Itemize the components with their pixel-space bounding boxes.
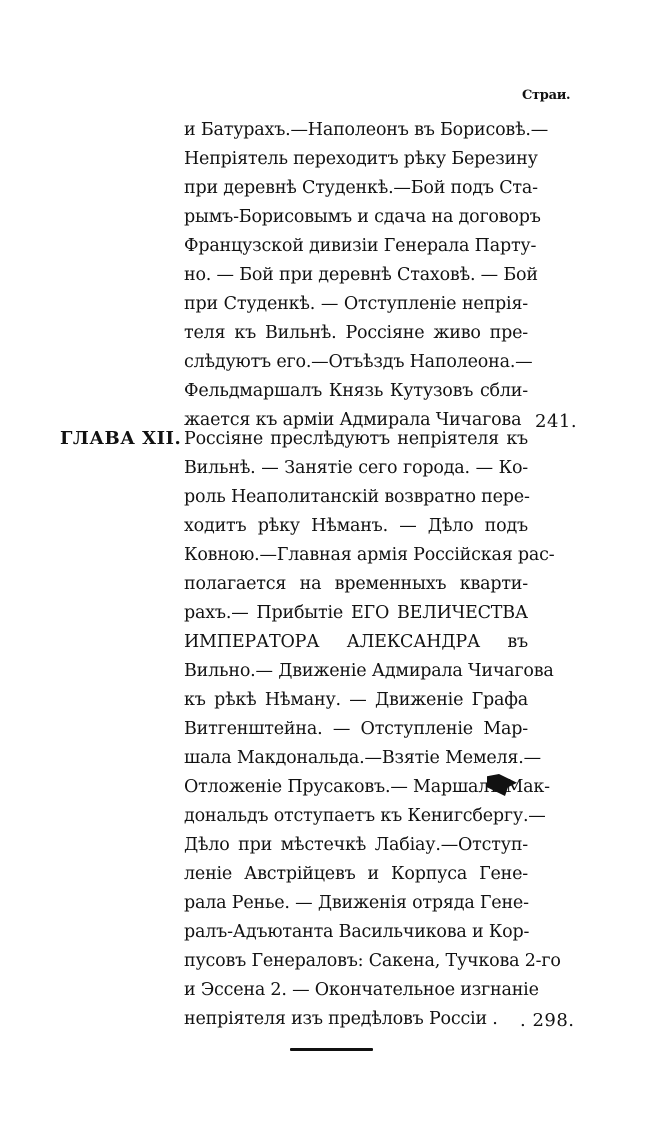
toc-line: леніе Австрійцевъ и Корпуса Гене- [184, 864, 528, 884]
page-number: . 298. [520, 1010, 575, 1031]
toc-line: слѣдуютъ его.—Отъѣздъ Наполеона.— [184, 352, 528, 372]
page-number: 241. [535, 411, 577, 432]
toc-line: ИМПЕРАТОРА АЛЕКСАНДРА въ [184, 632, 528, 652]
toc-line: полагается на временныхъ кварти- [184, 574, 528, 594]
page-column-header: Страи. [522, 88, 570, 103]
toc-line: Французской дивизіи Генерала Парту- [184, 236, 528, 256]
book-page: Страи. и Батурахъ.—Наполеонъ въ Борисовѣ… [0, 0, 650, 1145]
toc-line: къ рѣкѣ Нѣману. — Движеніе Графа [184, 690, 528, 710]
toc-line: рала Ренье. — Движенія отряда Гене- [184, 893, 528, 913]
toc-line: ралъ-Адъютанта Васильчикова и Кор- [184, 922, 528, 942]
toc-line: непріятеля изъ предѣловъ Россіи . [184, 1009, 528, 1029]
toc-line: рахъ.— Прибытіе ЕГО ВЕЛИЧЕСТВА [184, 603, 528, 623]
chapter-heading: ГЛАВА XII. [60, 428, 181, 449]
toc-line: при деревнѣ Студенкѣ.—Бой подъ Ста- [184, 178, 528, 198]
toc-line: но. — Бой при деревнѣ Стаховѣ. — Бой [184, 265, 528, 285]
toc-line: теля къ Вильнѣ. Россіяне живо пре- [184, 323, 528, 343]
toc-line: и Эссена 2. — Окончательное изгнаніе [184, 980, 528, 1000]
toc-line: Непріятель переходитъ рѣку Березину [184, 149, 528, 169]
toc-line: Ковною.—Главная армія Россійская рас- [184, 545, 528, 565]
toc-line: Фельдмаршалъ Князь Кутузовъ сбли- [184, 381, 528, 401]
toc-line: Вильно.— Движеніе Адмирала Чичагова [184, 661, 528, 681]
toc-line: ходитъ рѣку Нѣманъ. — Дѣло подъ [184, 516, 528, 536]
toc-line: Вильнѣ. — Занятіе сего города. — Ко- [184, 458, 528, 478]
toc-line: роль Неаполитанскій возвратно пере- [184, 487, 528, 507]
toc-line: Россіяне преслѣдуютъ непріятеля къ [184, 429, 528, 449]
toc-line: Отложеніе Прусаковъ.— Маршалъ Мак- [184, 777, 528, 797]
toc-line: и Батурахъ.—Наполеонъ въ Борисовѣ.— [184, 120, 528, 140]
toc-line: жается къ арміи Адмирала Чичагова [184, 410, 528, 430]
toc-line: Витгенштейна. — Отступленіе Мар- [184, 719, 528, 739]
toc-line: при Студенкѣ. — Отступленіе непрія- [184, 294, 528, 314]
toc-line: пусовъ Генераловъ: Сакена, Тучкова 2-го [184, 951, 528, 971]
toc-line: рымъ-Борисовымъ и сдача на договоръ [184, 207, 528, 227]
toc-line: шала Макдональда.—Взятіе Мемеля.— [184, 748, 528, 768]
end-rule-divider [290, 1048, 373, 1051]
toc-line: Дѣло при мѣстечкѣ Лабіау.—Отступ- [184, 835, 528, 855]
toc-line: дональдъ отступаетъ къ Кенигсбергу.— [184, 806, 528, 826]
